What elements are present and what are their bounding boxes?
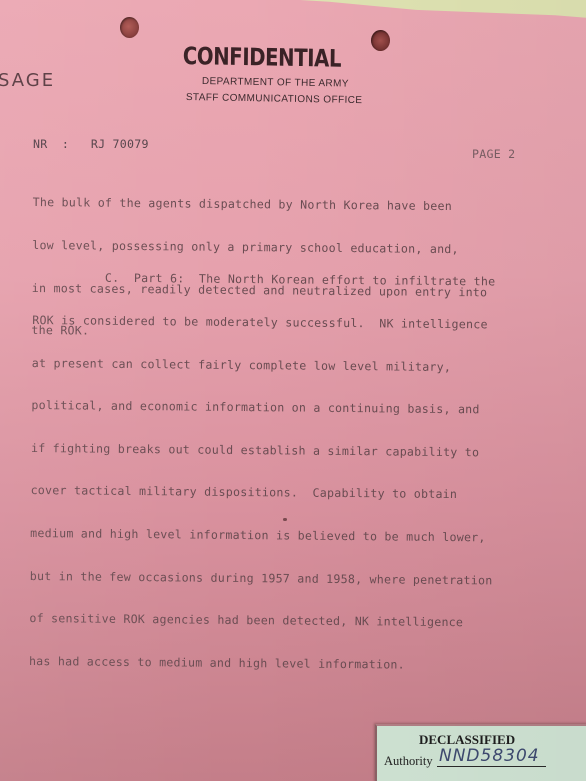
classification-heading: CONFIDENTIAL [183, 42, 342, 73]
text-line: if fighting breaks out could establish a… [31, 441, 494, 460]
department-name: DEPARTMENT OF THE ARMY [202, 76, 349, 90]
text-line: medium and high level information is bel… [30, 526, 493, 545]
declassified-stamp: DECLASSIFIED Authority NND58304 [375, 724, 586, 781]
punch-hole [371, 30, 390, 51]
paper-speck [283, 518, 287, 521]
nr-value: RJ 70079 [91, 137, 149, 151]
text-line: at present can collect fairly complete l… [32, 356, 495, 375]
text-line: but in the few occasions during 1957 and… [30, 569, 493, 588]
text-line: ROK is considered to be moderately succe… [32, 313, 495, 332]
authority-value: NND58304 [437, 746, 546, 767]
text-line: The bulk of the agents dispatched by Nor… [33, 195, 489, 214]
text-line: cover tactical military dispositions. Ca… [31, 483, 494, 502]
underlying-sheet-corner [300, 0, 586, 18]
text-line: has had access to medium and high level … [29, 654, 492, 673]
text-line: C. Part 6: The North Korean effort to in… [33, 270, 496, 289]
paragraph-part-6: C. Part 6: The North Korean effort to in… [29, 242, 496, 701]
page-number: PAGE 2 [472, 147, 515, 161]
document-page: SAGE CONFIDENTIAL DEPARTMENT OF THE ARMY… [0, 0, 586, 781]
punch-hole [120, 17, 139, 38]
office-name: STAFF COMMUNICATIONS OFFICE [186, 92, 363, 106]
nr-label: NR : [33, 137, 69, 151]
text-line: of sensitive ROK agencies had been detec… [29, 611, 492, 630]
text-line: political, and economic information on a… [31, 398, 494, 417]
message-number: NR : RJ 70079 [33, 137, 149, 151]
authority-label: Authority [384, 754, 433, 769]
header-left-fragment: SAGE [0, 70, 55, 91]
